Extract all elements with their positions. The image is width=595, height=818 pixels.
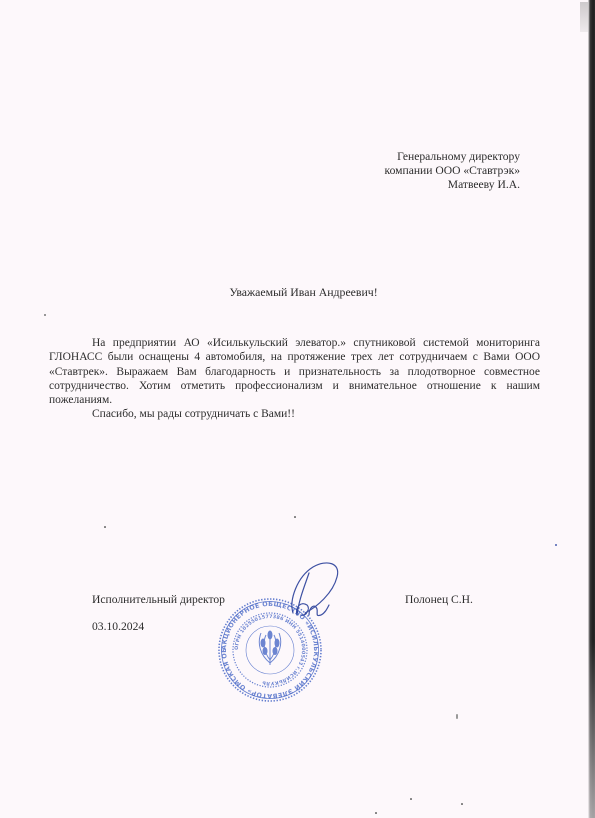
signatory-name: Полонец С.Н. <box>405 593 473 606</box>
letter-date: 03.10.2024 <box>92 620 144 633</box>
closing-paragraph: Спасибо, мы рады сотрудничать с Вами!! <box>49 407 540 421</box>
letter-page: Генеральному директору компании ООО «Ста… <box>0 0 595 818</box>
scan-speck <box>44 314 46 316</box>
scan-speck <box>104 526 106 528</box>
scan-speck <box>456 714 458 719</box>
scan-speck <box>410 798 412 800</box>
scan-speck <box>555 544 557 546</box>
scan-speck <box>461 803 463 805</box>
seal-icon: АКЦИОНЕРНОЕ ОБЩЕСТВО «ИСИЛЬКУЛЬСКИЙ ЭЛЕВ… <box>205 555 355 715</box>
letter-body: На предприятии АО «Исилькульский элевато… <box>49 336 540 422</box>
scan-speck <box>294 516 296 518</box>
addressee-company: компании ООО «Ставтрэк» <box>385 164 520 178</box>
salutation: Уважаемый Иван Андреевич! <box>0 285 595 300</box>
addressee-block: Генеральному директору компании ООО «Ста… <box>385 150 520 193</box>
scan-speck <box>375 812 377 814</box>
addressee-position: Генеральному директору <box>385 150 520 164</box>
scan-smudge <box>580 2 588 32</box>
addressee-name: Матвееву И.А. <box>385 178 520 192</box>
company-seal: АКЦИОНЕРНОЕ ОБЩЕСТВО «ИСИЛЬКУЛЬСКИЙ ЭЛЕВ… <box>205 555 355 715</box>
body-paragraph: На предприятии АО «Исилькульский элевато… <box>49 336 540 407</box>
scan-edge-fade <box>588 640 595 818</box>
